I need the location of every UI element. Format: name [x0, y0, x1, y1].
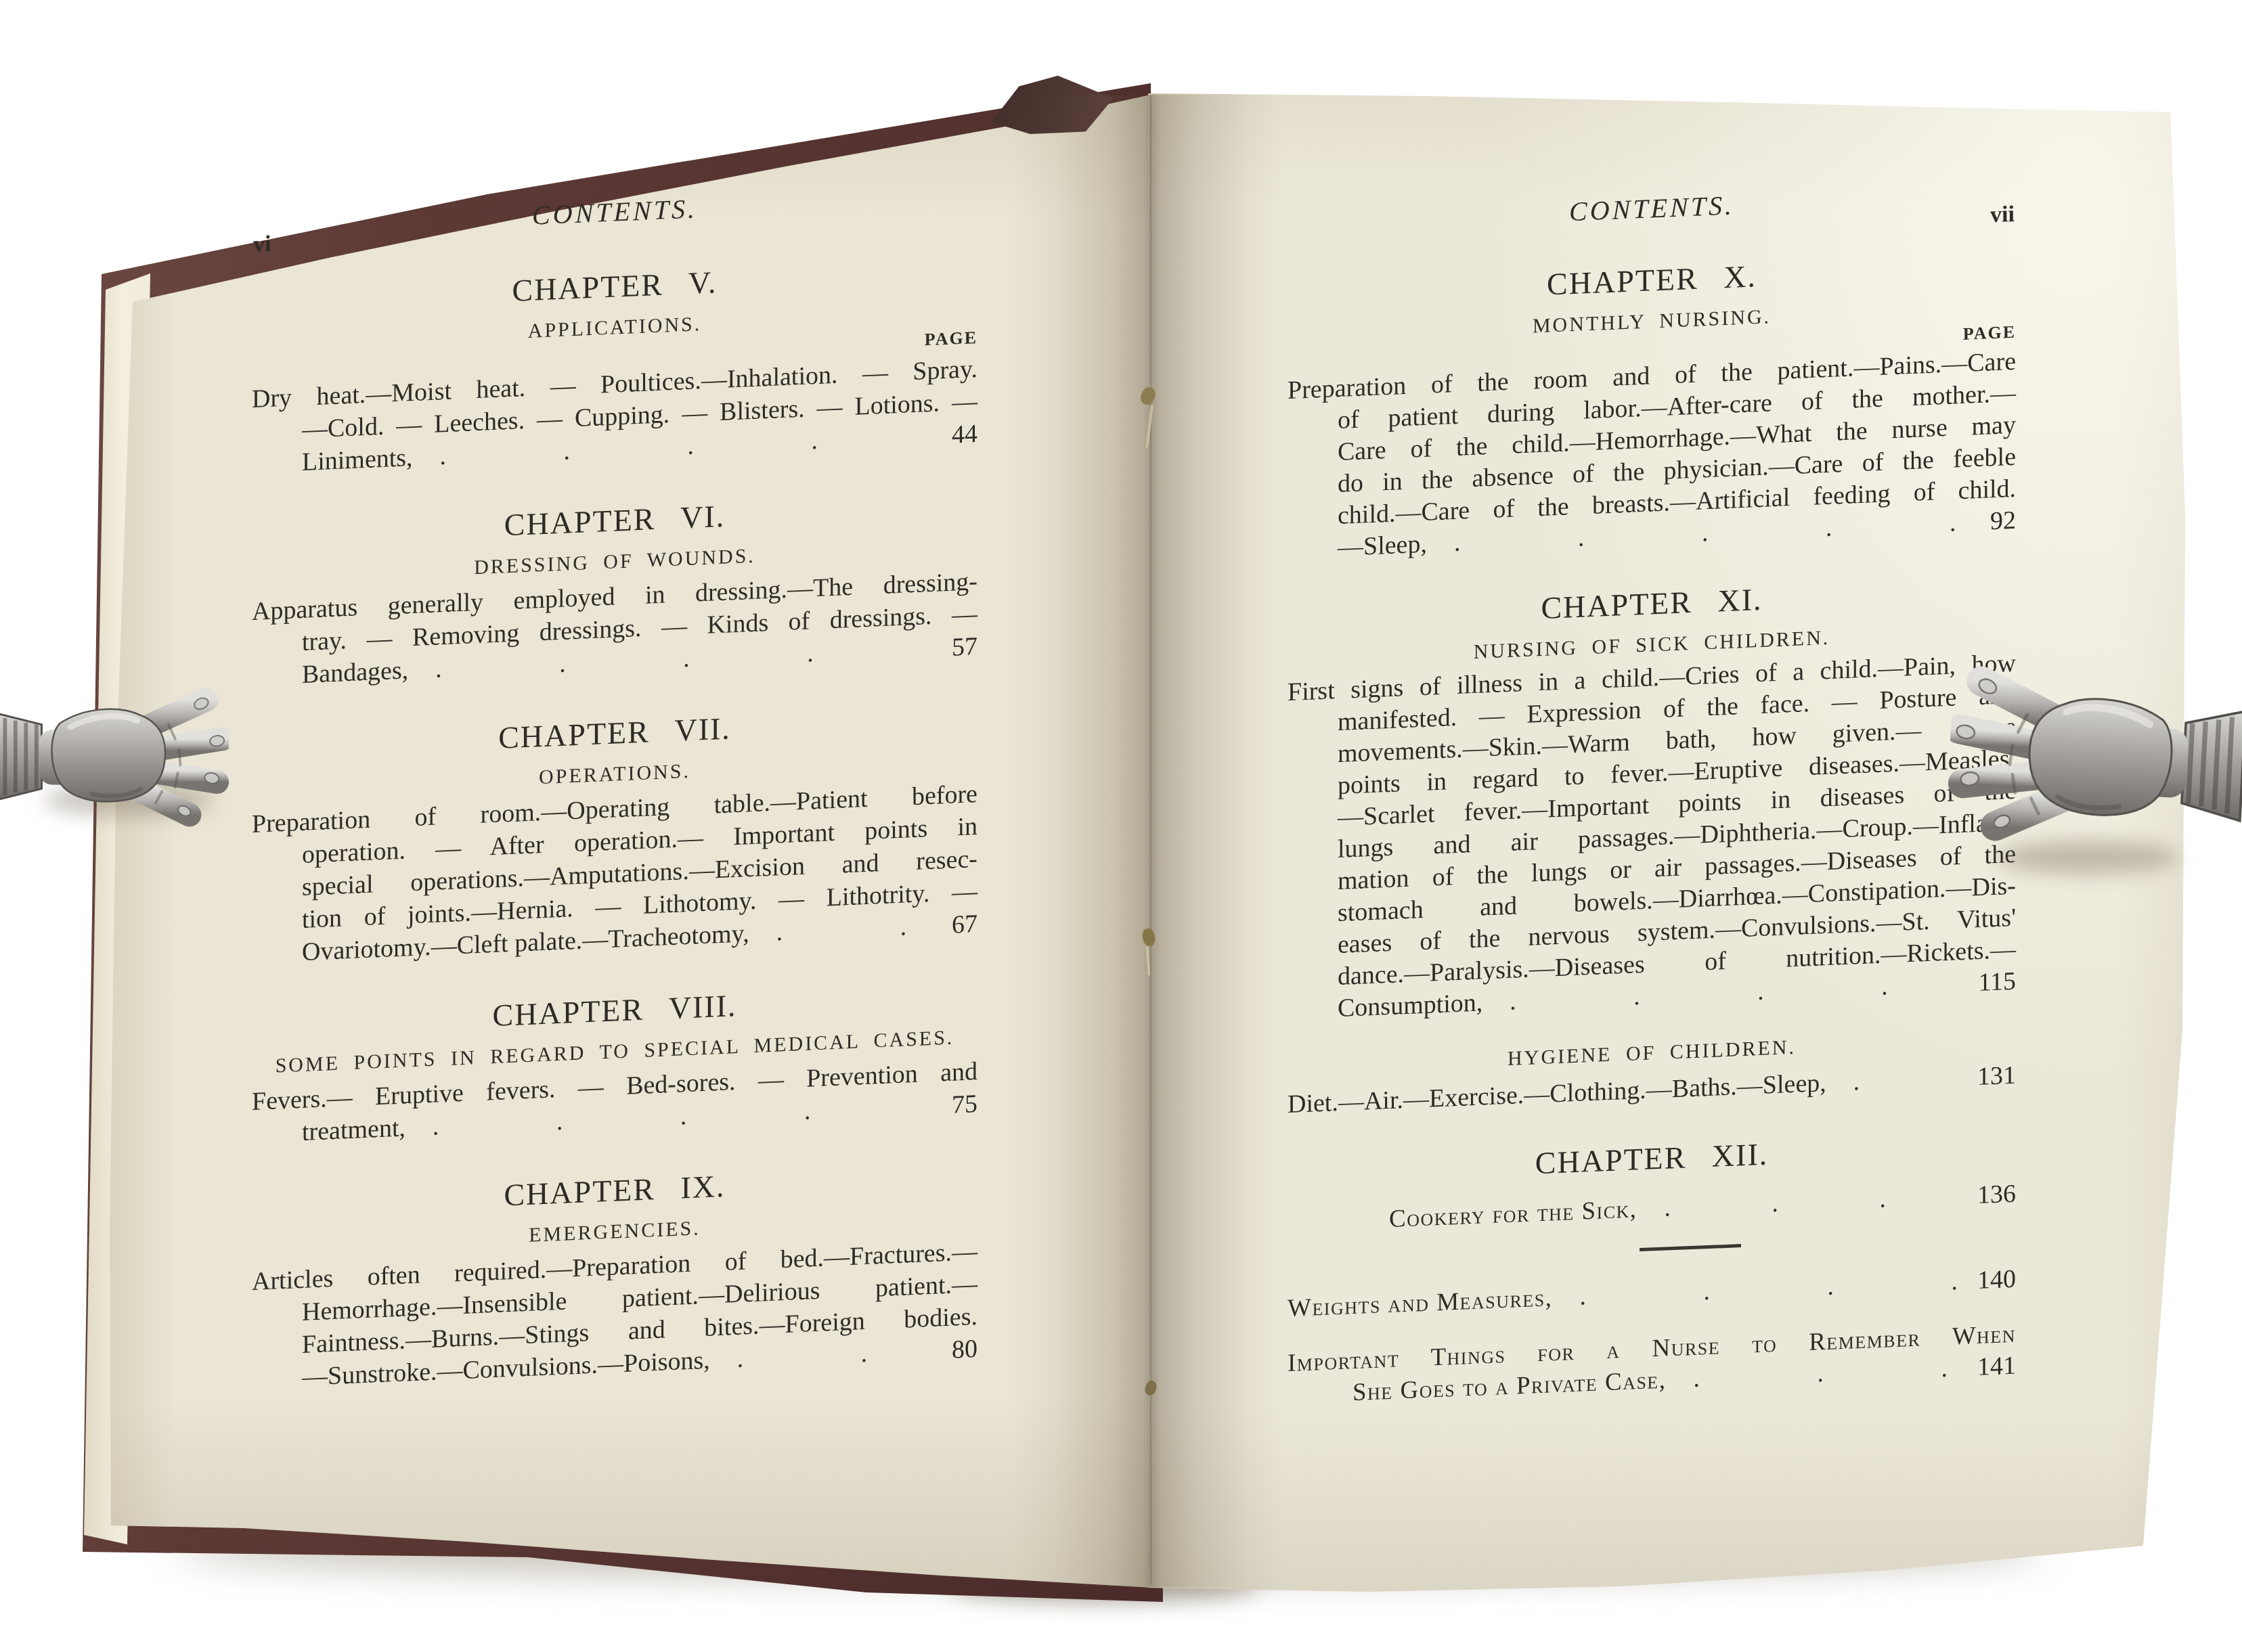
page-ref: 92: [1973, 505, 2016, 539]
toc-chapter-xi: CHAPTER XI. NURSING OF SICK CHILDREN. Fi…: [1288, 571, 2016, 1027]
page-number-vi: vi: [253, 228, 271, 261]
page-ref: 136: [1973, 1178, 2016, 1212]
leader-dots: . .: [1826, 1062, 1966, 1099]
right-hand-clip: [1943, 627, 2242, 888]
page-ref: 140: [1973, 1264, 2016, 1297]
toc-entry-label: Liniments,: [302, 441, 413, 478]
toc-entry-label: Weights and Measures,: [1288, 1282, 1552, 1324]
metal-hand-icon: [0, 658, 229, 854]
right-page-text-column: CONTENTS. vii CHAPTER X. MONTHLY NURSING…: [1288, 178, 2016, 1411]
leader-dots: . . . . . . .: [1552, 1266, 1966, 1314]
page-ref: 67: [934, 908, 977, 942]
page-ref: 115: [1973, 966, 2016, 1000]
book-photograph: CONTENTS. vi CHAPTER V. APPLICATIONS. PA…: [0, 0, 2242, 1652]
toc-entry-label: Bandages,: [302, 654, 408, 691]
toc-entry-label: —Sleep,: [1338, 529, 1427, 564]
toc-entry-label: Consumption,: [1338, 987, 1482, 1025]
leader-dots: . . .: [749, 910, 927, 950]
page-ref: 57: [934, 630, 977, 665]
left-hand-clip: [0, 658, 229, 854]
separator-rule: [1640, 1244, 1741, 1251]
toc-chapter-xii: CHAPTER XII. Cookery for the Sick, . . .…: [1288, 1125, 2016, 1239]
page-ref: 80: [934, 1333, 977, 1367]
toc-entry-label: Cookery for the Sick,: [1389, 1193, 1637, 1235]
page-ref: 75: [934, 1088, 977, 1122]
toc-hygiene-section: HYGIENE OF CHILDREN. Diet.—Air.—Exercise…: [1288, 1026, 2016, 1121]
leader-dots: . . .: [1637, 1180, 1966, 1225]
toc-chapter-x: CHAPTER X. MONTHLY NURSING. PAGE Prepara…: [1288, 247, 2016, 566]
toc-leader-row: Weights and Measures, . . . . . . . 140: [1288, 1264, 2016, 1324]
toc-entry-label: treatment,: [302, 1111, 405, 1148]
metal-hand-icon: [1943, 627, 2242, 888]
page-ref: 141: [1973, 1350, 2016, 1384]
toc-chapter-vii: CHAPTER VII. OPERATIONS. Preparation of …: [252, 699, 977, 970]
page-ref: 131: [1973, 1060, 2016, 1094]
gutter-crease-line: [1150, 96, 1151, 1584]
page-ref: 44: [934, 418, 977, 452]
left-page-text-column: CONTENTS. vi CHAPTER V. APPLICATIONS. PA…: [252, 181, 977, 1396]
toc-chapter-vi: CHAPTER VI. DRESSING OF WOUNDS. Apparatu…: [252, 487, 977, 693]
toc-chapter-ix: CHAPTER IX. EMERGENCIES. Articles often …: [252, 1157, 977, 1396]
toc-chapter-v: CHAPTER V. APPLICATIONS. PAGE Dry heat.—…: [252, 252, 977, 481]
page-number-vii: vii: [1990, 198, 2015, 231]
toc-chapter-viii: CHAPTER VIII. SOME POINTS IN REGARD TO S…: [252, 977, 977, 1151]
